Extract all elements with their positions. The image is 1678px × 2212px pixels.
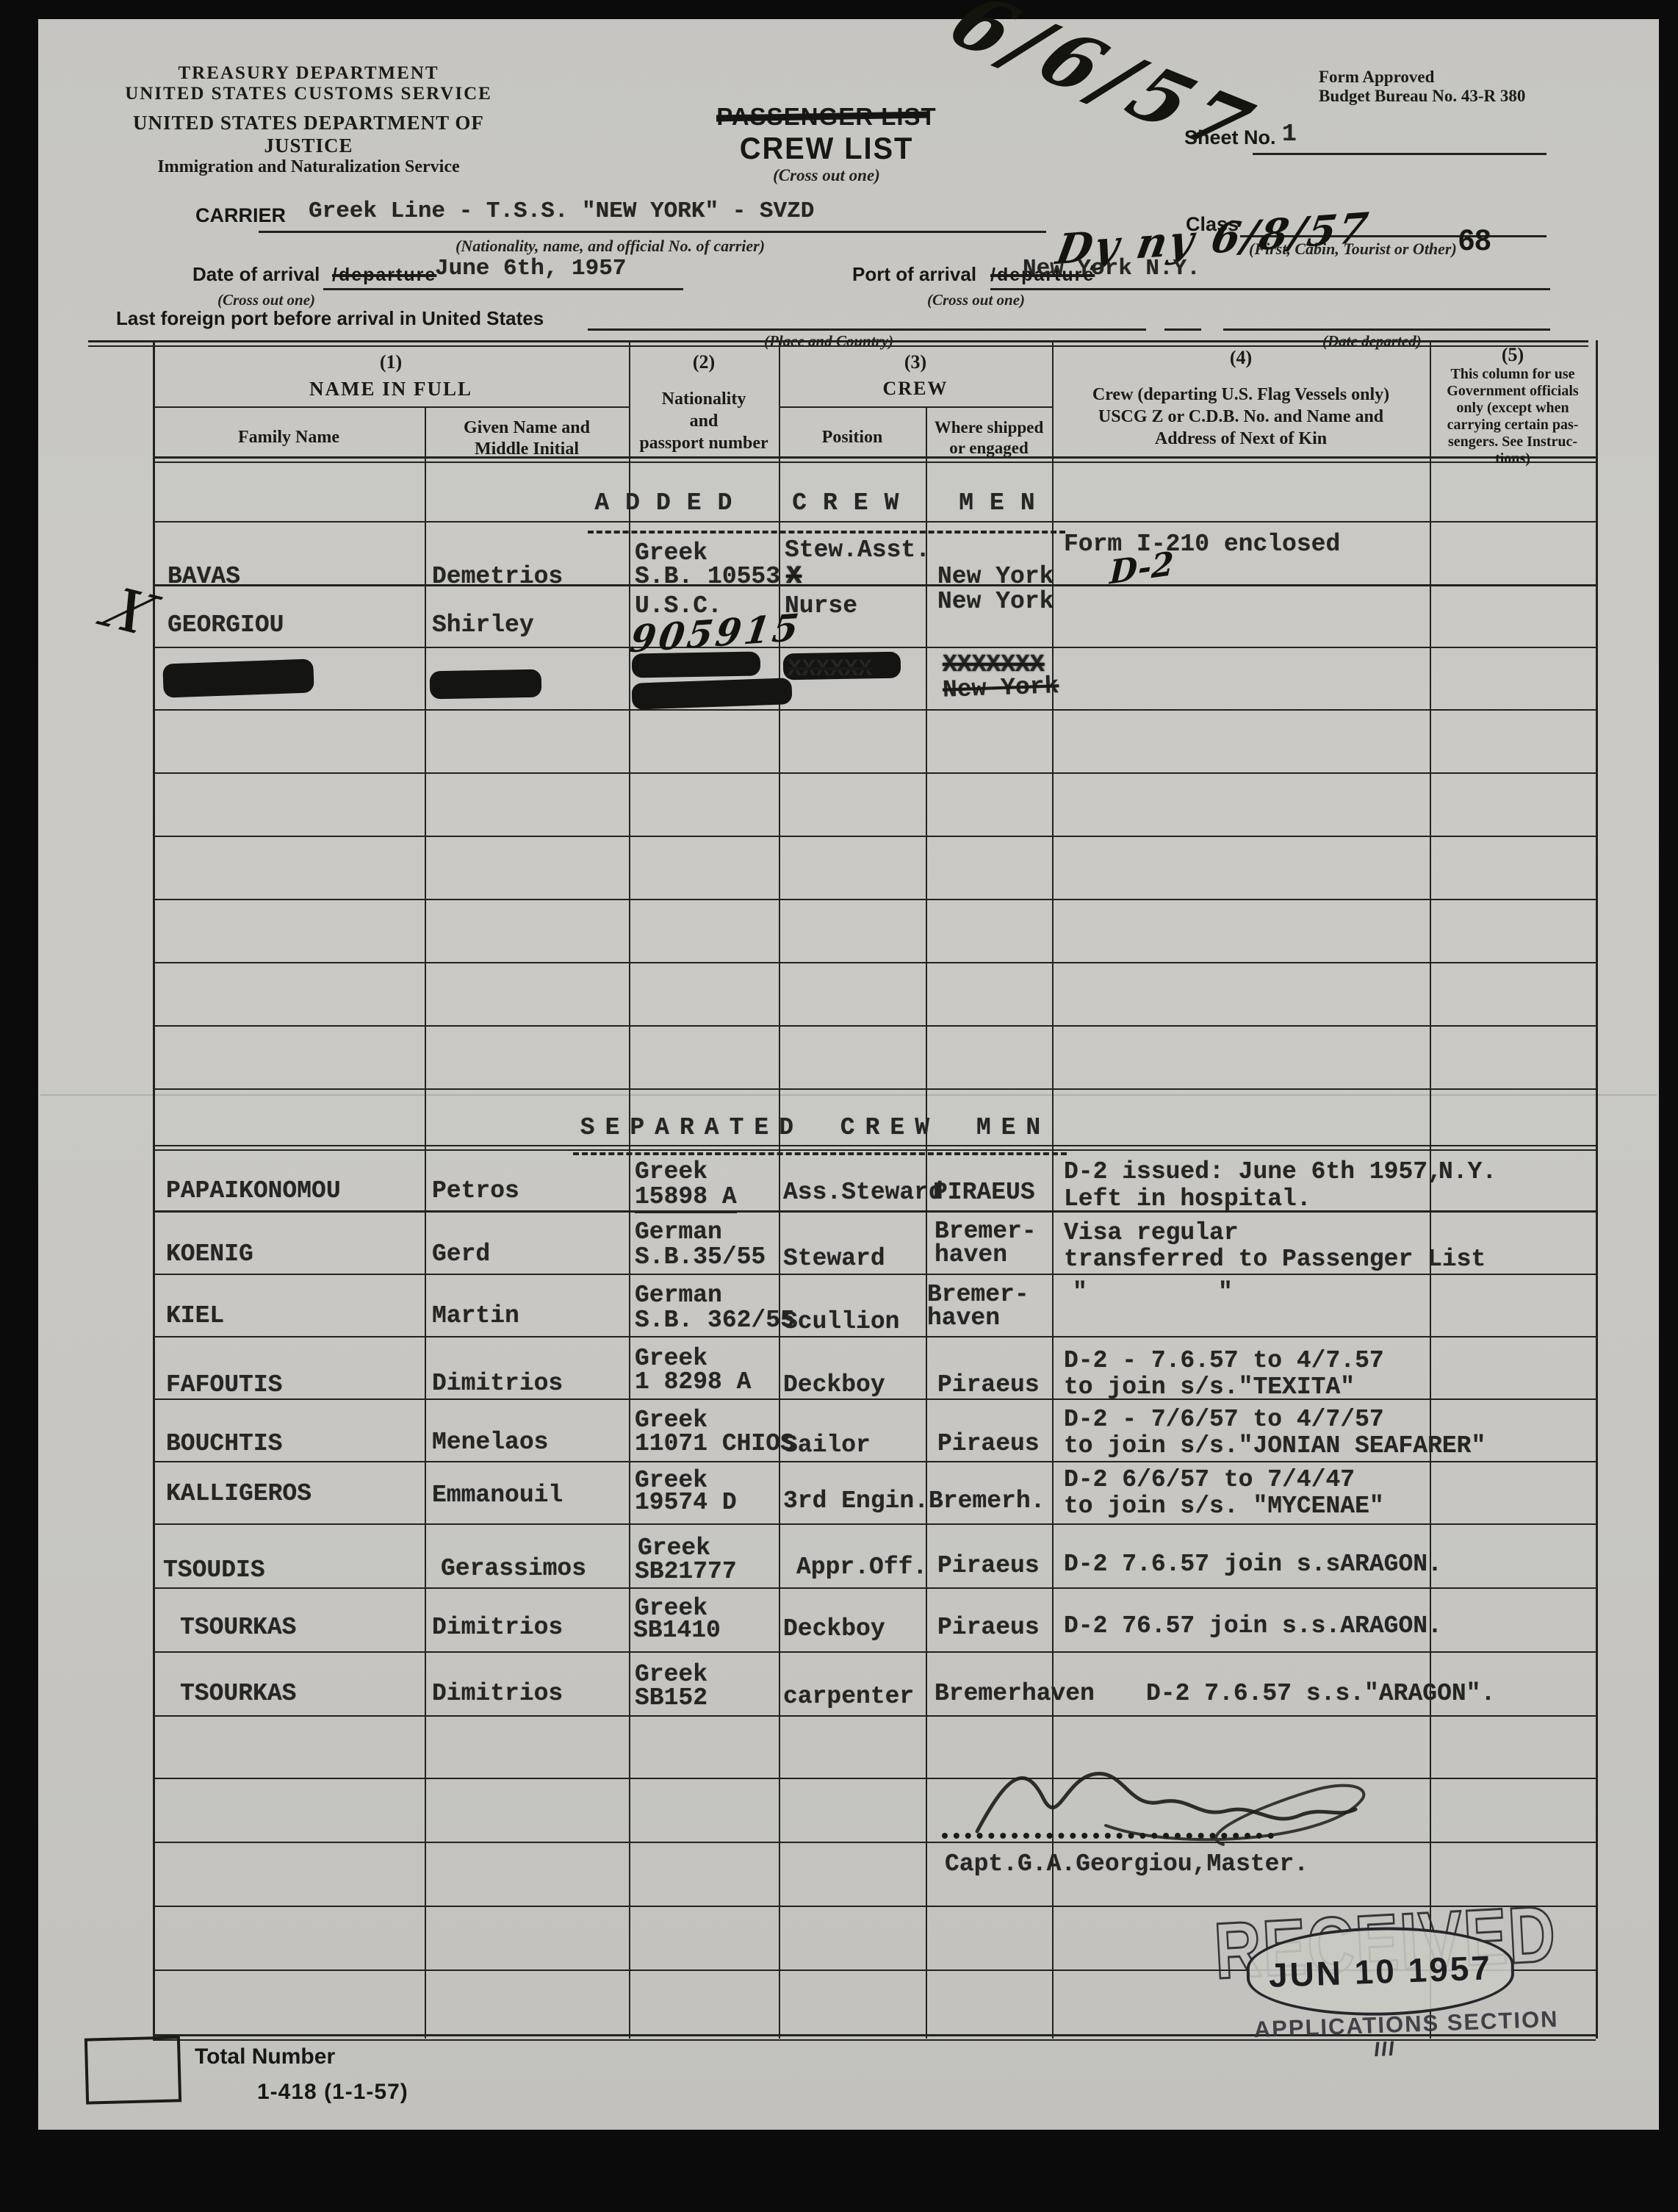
family-name-cell: PAPAIKONOMOU — [166, 1177, 341, 1204]
redaction-mark — [632, 651, 761, 678]
sheet-no-label: Sheet No. — [1184, 126, 1276, 149]
given-name-cell: Gerd — [432, 1240, 490, 1268]
remarks-ditto-cell: " " — [1073, 1279, 1233, 1306]
port-of-arrival-value: New York N.Y. — [1023, 256, 1200, 281]
carrier-line — [259, 231, 1046, 233]
form-approved-line: Budget Bureau No. 43-R 380 — [1319, 87, 1525, 106]
family-name-cell: KOENIG — [166, 1240, 253, 1268]
family-name-cell: BAVAS — [168, 563, 240, 590]
given-name-cell: Martin — [432, 1302, 519, 1329]
row-rule — [153, 1274, 1596, 1275]
nationality-cell: Greek — [635, 1158, 707, 1185]
shipped-cell: New York — [937, 563, 1054, 590]
agency-line: UNITED STATES CUSTOMS SERVICE — [103, 84, 514, 104]
separated-crew-men-title: SEPARATED CREW MEN — [514, 1114, 1117, 1141]
redaction-mark — [430, 669, 542, 700]
position-cell: Stew.Asst. — [785, 536, 930, 564]
col2-heading: Nationality and passport number — [617, 388, 791, 454]
col1-number: (1) — [153, 351, 629, 373]
crew-list-title: CREW LIST — [711, 131, 942, 166]
given-name-cell: Dimitrios — [432, 1614, 563, 1641]
redaction-mark — [162, 658, 314, 697]
row-rule — [153, 1461, 1596, 1462]
position-cell: Sailor — [783, 1432, 871, 1459]
remarks-cell: D-2 - 7.6.57 to 4/7.57 to join s/s."TEXI… — [1064, 1348, 1384, 1401]
dashed-rule — [573, 1152, 1067, 1155]
remarks-cell: D-2 7.6.57 s.s."ARAGON". — [1146, 1680, 1495, 1707]
official-use-cell: N.Y. — [1438, 1158, 1497, 1185]
row-rule — [153, 1587, 1596, 1589]
total-number-label: Total Number — [195, 2044, 335, 2069]
received-stamp-marks: III — [1372, 2037, 1397, 2062]
received-stamp-section: APPLICATIONS SECTION — [1253, 2006, 1559, 2043]
received-stamp-date: JUN 10 1957 — [1268, 1947, 1493, 1995]
dashed-rule — [588, 531, 1065, 534]
remarks-cell: D-2 7.6.57 join s.sARAGON. — [1064, 1551, 1442, 1578]
rule — [88, 340, 1588, 342]
date-of-arrival-value: June 6th, 1957 — [435, 256, 626, 281]
last-foreign-port-label: Last foreign port before arrival in Unit… — [116, 307, 544, 330]
col2-number: (2) — [629, 351, 779, 373]
date-departure-struck: /departure — [332, 265, 436, 286]
agency-line: UNITED STATES DEPARTMENT OF JUSTICE — [103, 112, 514, 157]
position-cell: Ass.Steward — [783, 1179, 943, 1206]
rule — [153, 1149, 1596, 1151]
remarks-cell: D-2 - 7/6/57 to 4/7/57 to join s/s."JONI… — [1064, 1407, 1486, 1459]
remarks-cell: D-2 76.57 join s.s.ARAGON. — [1064, 1612, 1442, 1640]
position-cell: Steward — [783, 1245, 885, 1272]
shipped-cell: Bremerhaven — [935, 1680, 1095, 1707]
carrier-value: Greek Line - T.S.S. "NEW YORK" - SVZD — [309, 198, 814, 224]
paper-crease — [40, 1094, 1657, 1096]
position-cell: Nurse — [785, 592, 857, 620]
passport-cell: 15898 A — [635, 1183, 737, 1213]
sheet-no-value: 1 — [1282, 121, 1297, 148]
shipped-cell: Bremerh. — [929, 1487, 1045, 1515]
overstrike-mark: X — [786, 563, 801, 591]
position-cell: Scullion — [783, 1308, 899, 1335]
agency-line: TREASURY DEPARTMENT — [103, 63, 514, 84]
last-port-line — [588, 328, 1146, 331]
shipped-cell: Piraeus — [937, 1552, 1040, 1579]
col4-heading: Crew (departing U.S. Flag Vessels only) … — [1052, 384, 1430, 450]
agency-line: Immigration and Naturalization Service — [103, 157, 514, 177]
position-cell: Deckboy — [783, 1371, 885, 1398]
shipped-heading: Where shipped or engaged — [926, 417, 1052, 459]
position-cell: Deckboy — [783, 1615, 885, 1642]
shipped-cell: Bremer- haven — [935, 1220, 1037, 1267]
remarks-cell: D-2 6/6/57 to 7/4/47 to join s/s. "MYCEN… — [1064, 1467, 1384, 1520]
rule — [153, 406, 629, 408]
family-name-cell: TSOURKAS — [180, 1614, 296, 1641]
nationality-cell: German — [635, 1282, 722, 1309]
nationality-cell: German — [635, 1218, 722, 1246]
port-line — [990, 288, 1550, 290]
col5-heading: This column for use Government officials… — [1430, 366, 1596, 467]
column-line — [1596, 340, 1598, 2039]
cross-out-one-note: (Cross out one) — [705, 166, 948, 185]
given-name-cell: Dimitrios — [432, 1680, 563, 1707]
agency-header: TREASURY DEPARTMENT UNITED STATES CUSTOM… — [103, 63, 514, 177]
passport-cell: SB1410 — [633, 1617, 721, 1644]
port-cross-out-note: (Cross out one) — [927, 291, 1025, 309]
row-rule — [153, 1523, 1596, 1525]
given-name-cell: Gerassimos — [441, 1555, 586, 1582]
shipped-cell: PIRAEUS — [933, 1179, 1035, 1206]
given-name-heading: Given Name and Middle Initial — [425, 417, 629, 460]
position-heading: Position — [779, 428, 926, 448]
rule — [153, 462, 1596, 463]
family-name-cell: TSOURKAS — [180, 1680, 296, 1707]
struck-text: New York — [942, 672, 1059, 704]
given-name-cell: Menelaos — [432, 1429, 548, 1456]
shipped-cell: Bremer- haven — [927, 1283, 1029, 1330]
scanned-crew-list-document: { "colors": {"paper":"#c8c7c3","ink":"#1… — [0, 0, 1678, 2212]
carrier-label: CARRIER — [195, 204, 286, 227]
remarks-cell: Visa regular transferred to Passenger Li… — [1064, 1220, 1486, 1273]
date-line — [323, 288, 683, 290]
family-name-heading: Family Name — [153, 428, 425, 448]
row-rule — [153, 584, 1596, 586]
given-name-cell: Dimitrios — [432, 1370, 563, 1397]
date-departed-line — [1223, 328, 1550, 331]
row-rule — [153, 647, 1596, 648]
form-approved-block: Form Approved Budget Bureau No. 43-R 380 — [1319, 68, 1525, 106]
rule — [779, 406, 1052, 408]
passport-cell: S.B. 362/55 — [635, 1307, 795, 1334]
added-crew-men-title: ADDED CREW MEN — [573, 489, 1073, 517]
family-name-cell: GEORGIOU — [168, 611, 284, 639]
passport-cell: 11071 CHIOS — [635, 1430, 795, 1457]
list-title-block: PASSENGER LIST CREW LIST (Cross out one) — [705, 103, 948, 185]
rule — [153, 456, 1596, 459]
page-number: 68 — [1458, 224, 1491, 257]
signature-caption: Capt.G.A.Georgiou,Master. — [945, 1850, 1308, 1878]
port-of-arrival-label: Port of arrival — [852, 263, 976, 286]
passport-cell: S.B.35/55 — [635, 1243, 766, 1271]
struck-text: XXXXXX — [788, 656, 872, 683]
passport-cell: SB152 — [635, 1684, 707, 1712]
form-approved-line: Form Approved — [1319, 68, 1525, 87]
col3-number: (3) — [779, 351, 1052, 373]
form-number: 1-418 (1-1-57) — [257, 2080, 408, 2105]
remarks-cell: Form I-210 enclosed — [1064, 531, 1340, 558]
family-name-cell: BOUCHTIS — [166, 1430, 282, 1457]
signature-dotted-line — [942, 1833, 1274, 1839]
shipped-cell: New York — [937, 588, 1054, 615]
date-departed-line-short — [1164, 328, 1201, 331]
position-cell: 3rd Engin. — [783, 1487, 929, 1515]
rule — [153, 1145, 1596, 1146]
shipped-cell: Piraeus — [937, 1371, 1040, 1398]
shipped-cell: Piraeus — [937, 1430, 1040, 1457]
position-cell: Appr.Off. — [796, 1554, 927, 1581]
position-cell: carpenter — [783, 1683, 914, 1710]
date-of-arrival-label: Date of arrival — [192, 263, 320, 286]
row-rule — [153, 521, 1596, 523]
passport-cell: 1 8298 A — [635, 1368, 751, 1396]
family-name-cell: KALLIGEROS — [166, 1480, 312, 1507]
col1-heading: NAME IN FULL — [153, 378, 629, 401]
family-name-cell: KIEL — [166, 1302, 224, 1329]
shipped-cell: Piraeus — [937, 1614, 1040, 1641]
passport-cell: SB21777 — [635, 1558, 737, 1585]
total-number-box — [84, 2036, 181, 2104]
given-name-cell: Shirley — [432, 611, 534, 639]
carrier-sub-label: (Nationality, name, and official No. of … — [455, 237, 765, 256]
given-name-cell: Petros — [432, 1177, 519, 1204]
col5-number: (5) — [1430, 344, 1596, 366]
passport-cell: S.B. 10553 — [635, 563, 780, 590]
family-name-cell: TSOUDIS — [163, 1556, 265, 1584]
received-stamp: RECEIVED JUN 10 1957 APPLICATIONS SECTIO… — [1212, 1887, 1565, 2059]
row-rule — [153, 1336, 1596, 1337]
sheet-no-line — [1253, 153, 1546, 155]
redaction-mark — [631, 678, 792, 710]
row-rule — [153, 1651, 1596, 1653]
given-name-cell: Demetrios — [432, 563, 563, 590]
passport-cell: 19574 D — [635, 1489, 737, 1516]
empty-rows-grid — [153, 709, 1596, 1091]
col4-number: (4) — [1052, 347, 1430, 369]
family-name-cell: FAFOUTIS — [166, 1371, 282, 1398]
remarks-cell: D-2 issued: June 6th 1957, Left in hospi… — [1064, 1158, 1442, 1213]
col3-heading: CREW — [779, 378, 1052, 400]
given-name-cell: Emmanouil — [432, 1482, 563, 1509]
